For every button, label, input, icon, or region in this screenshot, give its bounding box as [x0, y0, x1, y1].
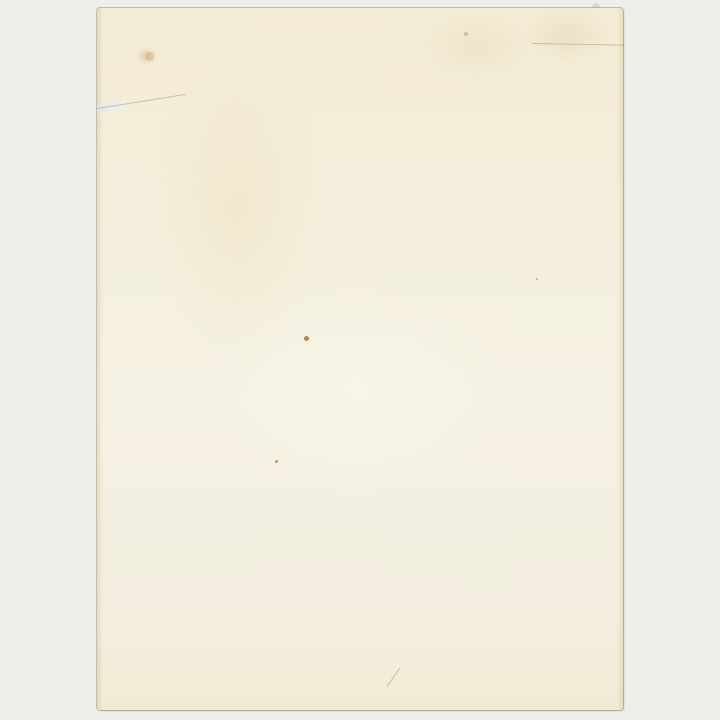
crease-top-left [97, 94, 186, 109]
stain-speck [304, 336, 309, 341]
stain-speck [536, 278, 538, 280]
paper-edge-right [617, 8, 623, 710]
stain-speck [464, 32, 468, 36]
crease-bottom [387, 668, 400, 687]
stain-speck [275, 460, 278, 463]
crease-top-right [532, 43, 624, 46]
stain-speck [145, 52, 154, 61]
aged-paper-sheet [97, 8, 623, 710]
